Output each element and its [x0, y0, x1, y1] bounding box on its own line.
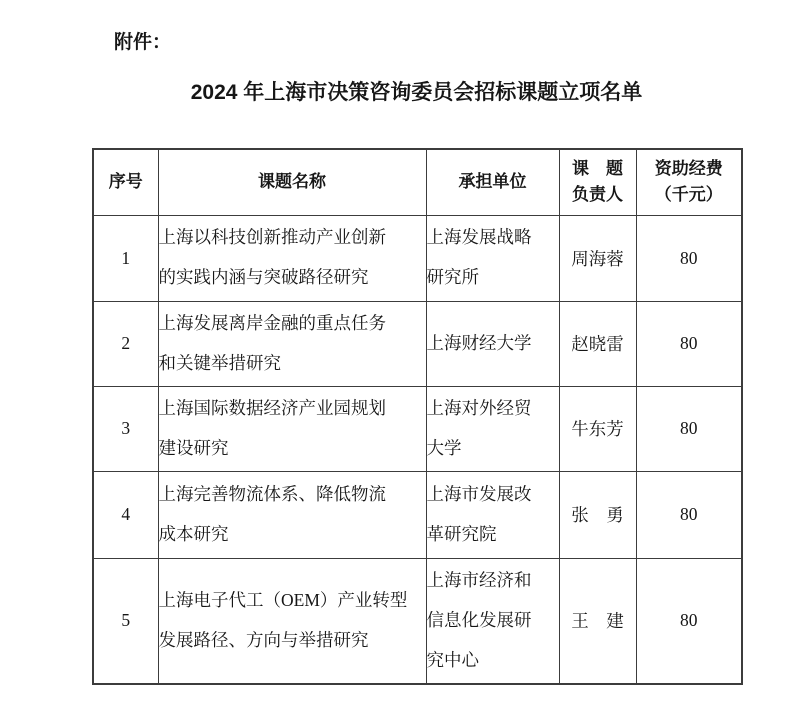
leader-cell: 周海蓉	[559, 215, 636, 301]
organization-cell: 上海市经济和 信息化发展研 究中心	[426, 558, 559, 684]
leader-cell: 张 勇	[559, 471, 636, 558]
funding-cell: 80	[636, 558, 742, 684]
document-title: 2024 年上海市决策咨询委员会招标课题立项名单	[92, 76, 741, 106]
organization-cell: 上海财经大学	[426, 301, 559, 386]
projects-table: 序号 课题名称 承担单位 课 题 负责人 资助经费 （千元） 1 上海以科技创新…	[92, 148, 743, 685]
table-row: 4 上海完善物流体系、降低物流 成本研究 上海市发展改 革研究院 张 勇 80	[93, 471, 742, 558]
table-row: 1 上海以科技创新推动产业创新 的实践内涵与突破路径研究 上海发展战略 研究所 …	[93, 215, 742, 301]
serial-cell: 3	[93, 386, 158, 471]
topic-cell: 上海以科技创新推动产业创新 的实践内涵与突破路径研究	[158, 215, 426, 301]
organization-cell: 上海发展战略 研究所	[426, 215, 559, 301]
attachment-label: 附件：	[114, 0, 799, 54]
table-row: 3 上海国际数据经济产业园规划 建设研究 上海对外经贸 大学 牛东芳 80	[93, 386, 742, 471]
leader-cell: 赵晓雷	[559, 301, 636, 386]
document-page: 附件： 2024 年上海市决策咨询委员会招标课题立项名单 序号 课题名称 承担单…	[0, 0, 799, 685]
table-row: 2 上海发展离岸金融的重点任务 和关键举措研究 上海财经大学 赵晓雷 80	[93, 301, 742, 386]
table-row: 5 上海电子代工（OEM）产业转型 发展路径、方向与举措研究 上海市经济和 信息…	[93, 558, 742, 684]
serial-cell: 1	[93, 215, 158, 301]
header-serial: 序号	[93, 149, 158, 215]
leader-cell: 牛东芳	[559, 386, 636, 471]
organization-cell: 上海市发展改 革研究院	[426, 471, 559, 558]
serial-cell: 4	[93, 471, 158, 558]
serial-cell: 5	[93, 558, 158, 684]
topic-cell: 上海电子代工（OEM）产业转型 发展路径、方向与举措研究	[158, 558, 426, 684]
funding-cell: 80	[636, 301, 742, 386]
topic-cell: 上海国际数据经济产业园规划 建设研究	[158, 386, 426, 471]
header-organization: 承担单位	[426, 149, 559, 215]
serial-cell: 2	[93, 301, 158, 386]
organization-cell: 上海对外经贸 大学	[426, 386, 559, 471]
funding-cell: 80	[636, 471, 742, 558]
leader-cell: 王 建	[559, 558, 636, 684]
header-leader: 课 题 负责人	[559, 149, 636, 215]
header-topic: 课题名称	[158, 149, 426, 215]
topic-cell: 上海完善物流体系、降低物流 成本研究	[158, 471, 426, 558]
funding-cell: 80	[636, 215, 742, 301]
header-row: 序号 课题名称 承担单位 课 题 负责人 资助经费 （千元）	[93, 149, 742, 215]
header-funding: 资助经费 （千元）	[636, 149, 742, 215]
funding-cell: 80	[636, 386, 742, 471]
topic-cell: 上海发展离岸金融的重点任务 和关键举措研究	[158, 301, 426, 386]
